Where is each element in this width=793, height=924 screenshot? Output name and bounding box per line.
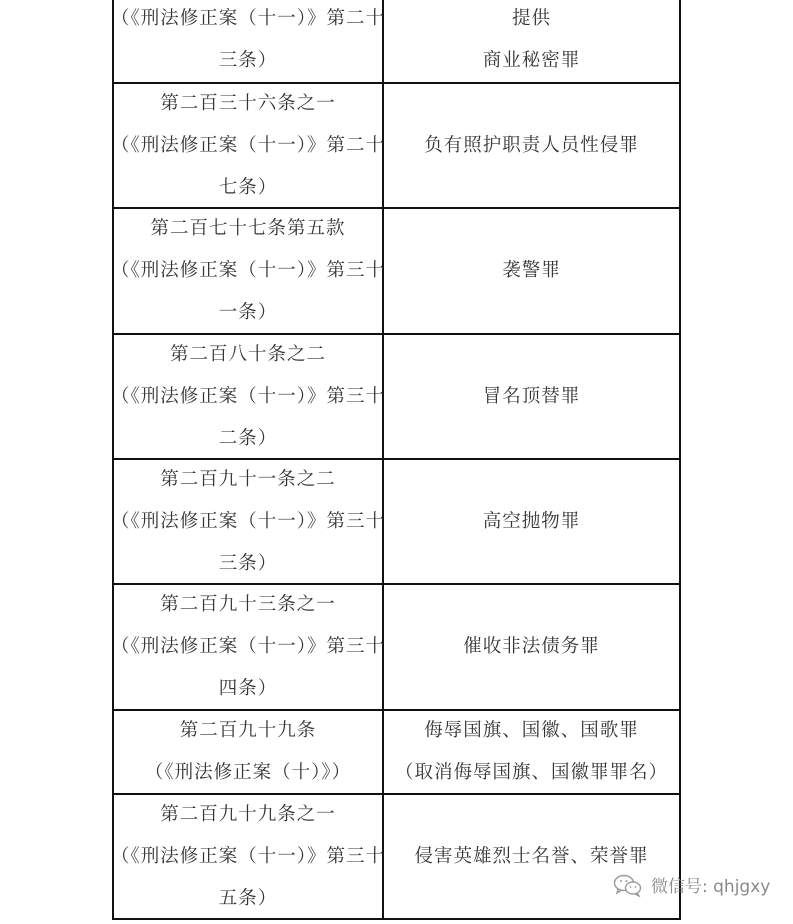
crime-name-cell: 催收非法债务罪: [384, 585, 679, 709]
article-text: 二条）: [219, 418, 278, 460]
article-text: （《刑法修正案（十一）》第三十: [111, 376, 385, 418]
article-cell: 第二百七十七条第五款（《刑法修正案（十一）》第三十一条）: [114, 209, 384, 333]
article-cell: 第二百八十条之二（《刑法修正案（十一）》第三十二条）: [114, 335, 384, 458]
article-text: （《刑法修正案（十一）》第三十: [111, 501, 385, 543]
article-cell: （《刑法修正案（十一）》第二十三条）: [114, 0, 384, 82]
crime-name-text: 侮辱国旗、国徽、国歌罪: [424, 710, 639, 752]
article-text: （《刑法修正案（十）》）: [145, 752, 351, 794]
article-text: 三条）: [219, 543, 278, 585]
crime-name-text: 高空抛物罪: [483, 501, 581, 543]
table-row: 第二百九十三条之一（《刑法修正案（十一）》第三十四条）催收非法债务罪: [114, 583, 679, 709]
crime-name-text: 负有照护职责人员性侵罪: [424, 125, 639, 167]
table-row: 第二百九十九条（《刑法修正案（十）》）侮辱国旗、国徽、国歌罪（取消侮辱国旗、国徽…: [114, 709, 679, 793]
crime-name-cell: 负有照护职责人员性侵罪: [384, 84, 679, 207]
crime-name-cell: 侮辱国旗、国徽、国歌罪（取消侮辱国旗、国徽罪罪名）: [384, 711, 679, 793]
wechat-icon: [613, 873, 643, 897]
crime-provisions-table: （《刑法修正案（十一）》第二十三条）提供商业秘密罪第二百三十六条之一（《刑法修正…: [112, 0, 681, 920]
article-text: 第二百九十三条之一: [160, 584, 336, 626]
watermark-text: 微信号: qhjgxy: [651, 872, 770, 897]
crime-name-cell: 侵害英雄烈士名誉、荣誉罪: [384, 795, 679, 918]
article-text: （《刑法修正案（十一）》第三十: [111, 250, 385, 292]
wechat-watermark: 微信号: qhjgxy: [613, 872, 770, 897]
article-text: 第二百九十九条: [180, 710, 317, 752]
crime-name-text: （取消侮辱国旗、国徽罪罪名）: [395, 752, 668, 794]
article-text: （《刑法修正案（十一）》第三十: [111, 626, 385, 668]
article-text: 第二百九十九条之一: [160, 794, 336, 836]
crime-name-text: 催收非法债务罪: [463, 626, 600, 668]
article-text: （《刑法修正案（十一）》第三十: [111, 836, 385, 878]
table-row: 第二百八十条之二（《刑法修正案（十一）》第三十二条）冒名顶替罪: [114, 333, 679, 458]
crime-name-cell: 冒名顶替罪: [384, 335, 679, 458]
table-row: 第二百九十一条之二（《刑法修正案（十一）》第三十三条）高空抛物罪: [114, 458, 679, 583]
article-cell: 第二百九十三条之一（《刑法修正案（十一）》第三十四条）: [114, 585, 384, 709]
article-cell: 第二百九十九条（《刑法修正案（十）》）: [114, 711, 384, 793]
article-text: （《刑法修正案（十一）》第二十: [111, 0, 385, 40]
table-row: 第二百九十九条之一（《刑法修正案（十一）》第三十五条）侵害英雄烈士名誉、荣誉罪: [114, 793, 679, 918]
crime-name-text: 提供: [512, 0, 551, 40]
table-row: 第二百七十七条第五款（《刑法修正案（十一）》第三十一条）袭警罪: [114, 207, 679, 333]
article-text: 第二百三十六条之一: [160, 83, 336, 125]
article-text: 四条）: [219, 668, 278, 710]
article-text: 第二百九十一条之二: [160, 459, 336, 501]
article-text: 七条）: [219, 167, 278, 209]
article-cell: 第二百三十六条之一（《刑法修正案（十一）》第二十七条）: [114, 84, 384, 207]
article-text: 一条）: [219, 292, 278, 334]
crime-name-cell: 袭警罪: [384, 209, 679, 333]
article-text: （《刑法修正案（十一）》第二十: [111, 125, 385, 167]
crime-name-cell: 提供商业秘密罪: [384, 0, 679, 82]
table-row: （《刑法修正案（十一）》第二十三条）提供商业秘密罪: [114, 0, 679, 82]
article-text: 五条）: [219, 878, 278, 920]
article-text: 三条）: [219, 40, 278, 82]
article-text: 第二百八十条之二: [170, 334, 326, 376]
article-cell: 第二百九十一条之二（《刑法修正案（十一）》第三十三条）: [114, 460, 384, 583]
crime-name-text: 冒名顶替罪: [483, 376, 581, 418]
crime-name-text: 袭警罪: [502, 250, 561, 292]
article-text: 第二百七十七条第五款: [150, 208, 345, 250]
crime-name-cell: 高空抛物罪: [384, 460, 679, 583]
crime-name-text: 商业秘密罪: [483, 40, 581, 82]
article-cell: 第二百九十九条之一（《刑法修正案（十一）》第三十五条）: [114, 795, 384, 918]
table-row: 第二百三十六条之一（《刑法修正案（十一）》第二十七条）负有照护职责人员性侵罪: [114, 82, 679, 207]
